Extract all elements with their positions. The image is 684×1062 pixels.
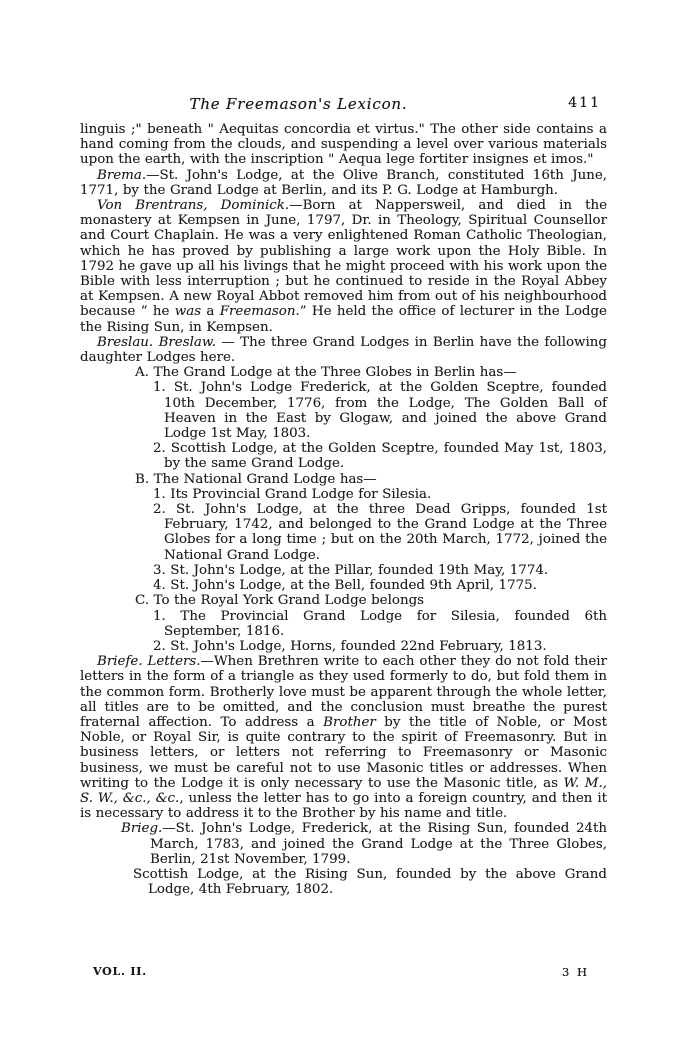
entry-breslau: Breslau. Breslaw. — The three Grand Lodg… xyxy=(80,335,607,365)
list-item-b1: 1. Its Provincial Grand Lodge for Silesi… xyxy=(164,487,607,502)
entry-brieg: Brieg.—St. John's Lodge, Frederick, at t… xyxy=(150,821,607,867)
list-item-a1: 1. St. John's Lodge Frederick, at the Go… xyxy=(164,380,607,441)
entry-von-brentrans: Von Brentrans, Dominick.—Born at Nappers… xyxy=(80,198,607,335)
list-item-b2: 2. St. John's Lodge, at the three Dead G… xyxy=(164,502,607,563)
volume-label: VOL. II. xyxy=(93,965,147,978)
list-item-b: B. The National Grand Lodge has— xyxy=(135,472,607,487)
running-head: The Freemason's Lexicon. 411 xyxy=(80,95,607,115)
entry-briefe: Briefe. Letters.—When Brethren write to … xyxy=(80,654,607,821)
list-item-a2: 2. Scottish Lodge, at the Golden Sceptre… xyxy=(164,441,607,471)
scanned-book-page: The Freemason's Lexicon. 411 linguis ;" … xyxy=(0,0,684,1062)
printer-signature: 3 H xyxy=(562,965,589,979)
list-item-c1: 1. The Provincial Grand Lodge for Silesi… xyxy=(164,609,607,639)
paragraph-continuation: linguis ;" beneath " Aequitas concordia … xyxy=(80,122,607,168)
list-item-c: C. To the Royal York Grand Lodge belongs xyxy=(135,593,607,608)
list-item-a: A. The Grand Lodge at the Three Globes i… xyxy=(135,365,607,380)
page-footer: VOL. II. 3 H xyxy=(80,965,607,981)
list-item-c2: 2. St. John's Lodge, Horns, founded 22nd… xyxy=(164,639,607,654)
entry-brema: Brema.—St. John's Lodge, at the Olive Br… xyxy=(80,168,607,198)
page-number: 411 xyxy=(568,95,601,111)
list-item-b3: 3. St. John's Lodge, at the Pillar, foun… xyxy=(164,563,607,578)
entry-brieg-scottish-lodge: Scottish Lodge, at the Rising Sun, found… xyxy=(148,867,607,897)
body-text-column: linguis ;" beneath " Aequitas concordia … xyxy=(80,122,607,897)
page-title: The Freemason's Lexicon. xyxy=(80,95,517,113)
list-item-b4: 4. St. John's Lodge, at the Bell, founde… xyxy=(164,578,607,593)
